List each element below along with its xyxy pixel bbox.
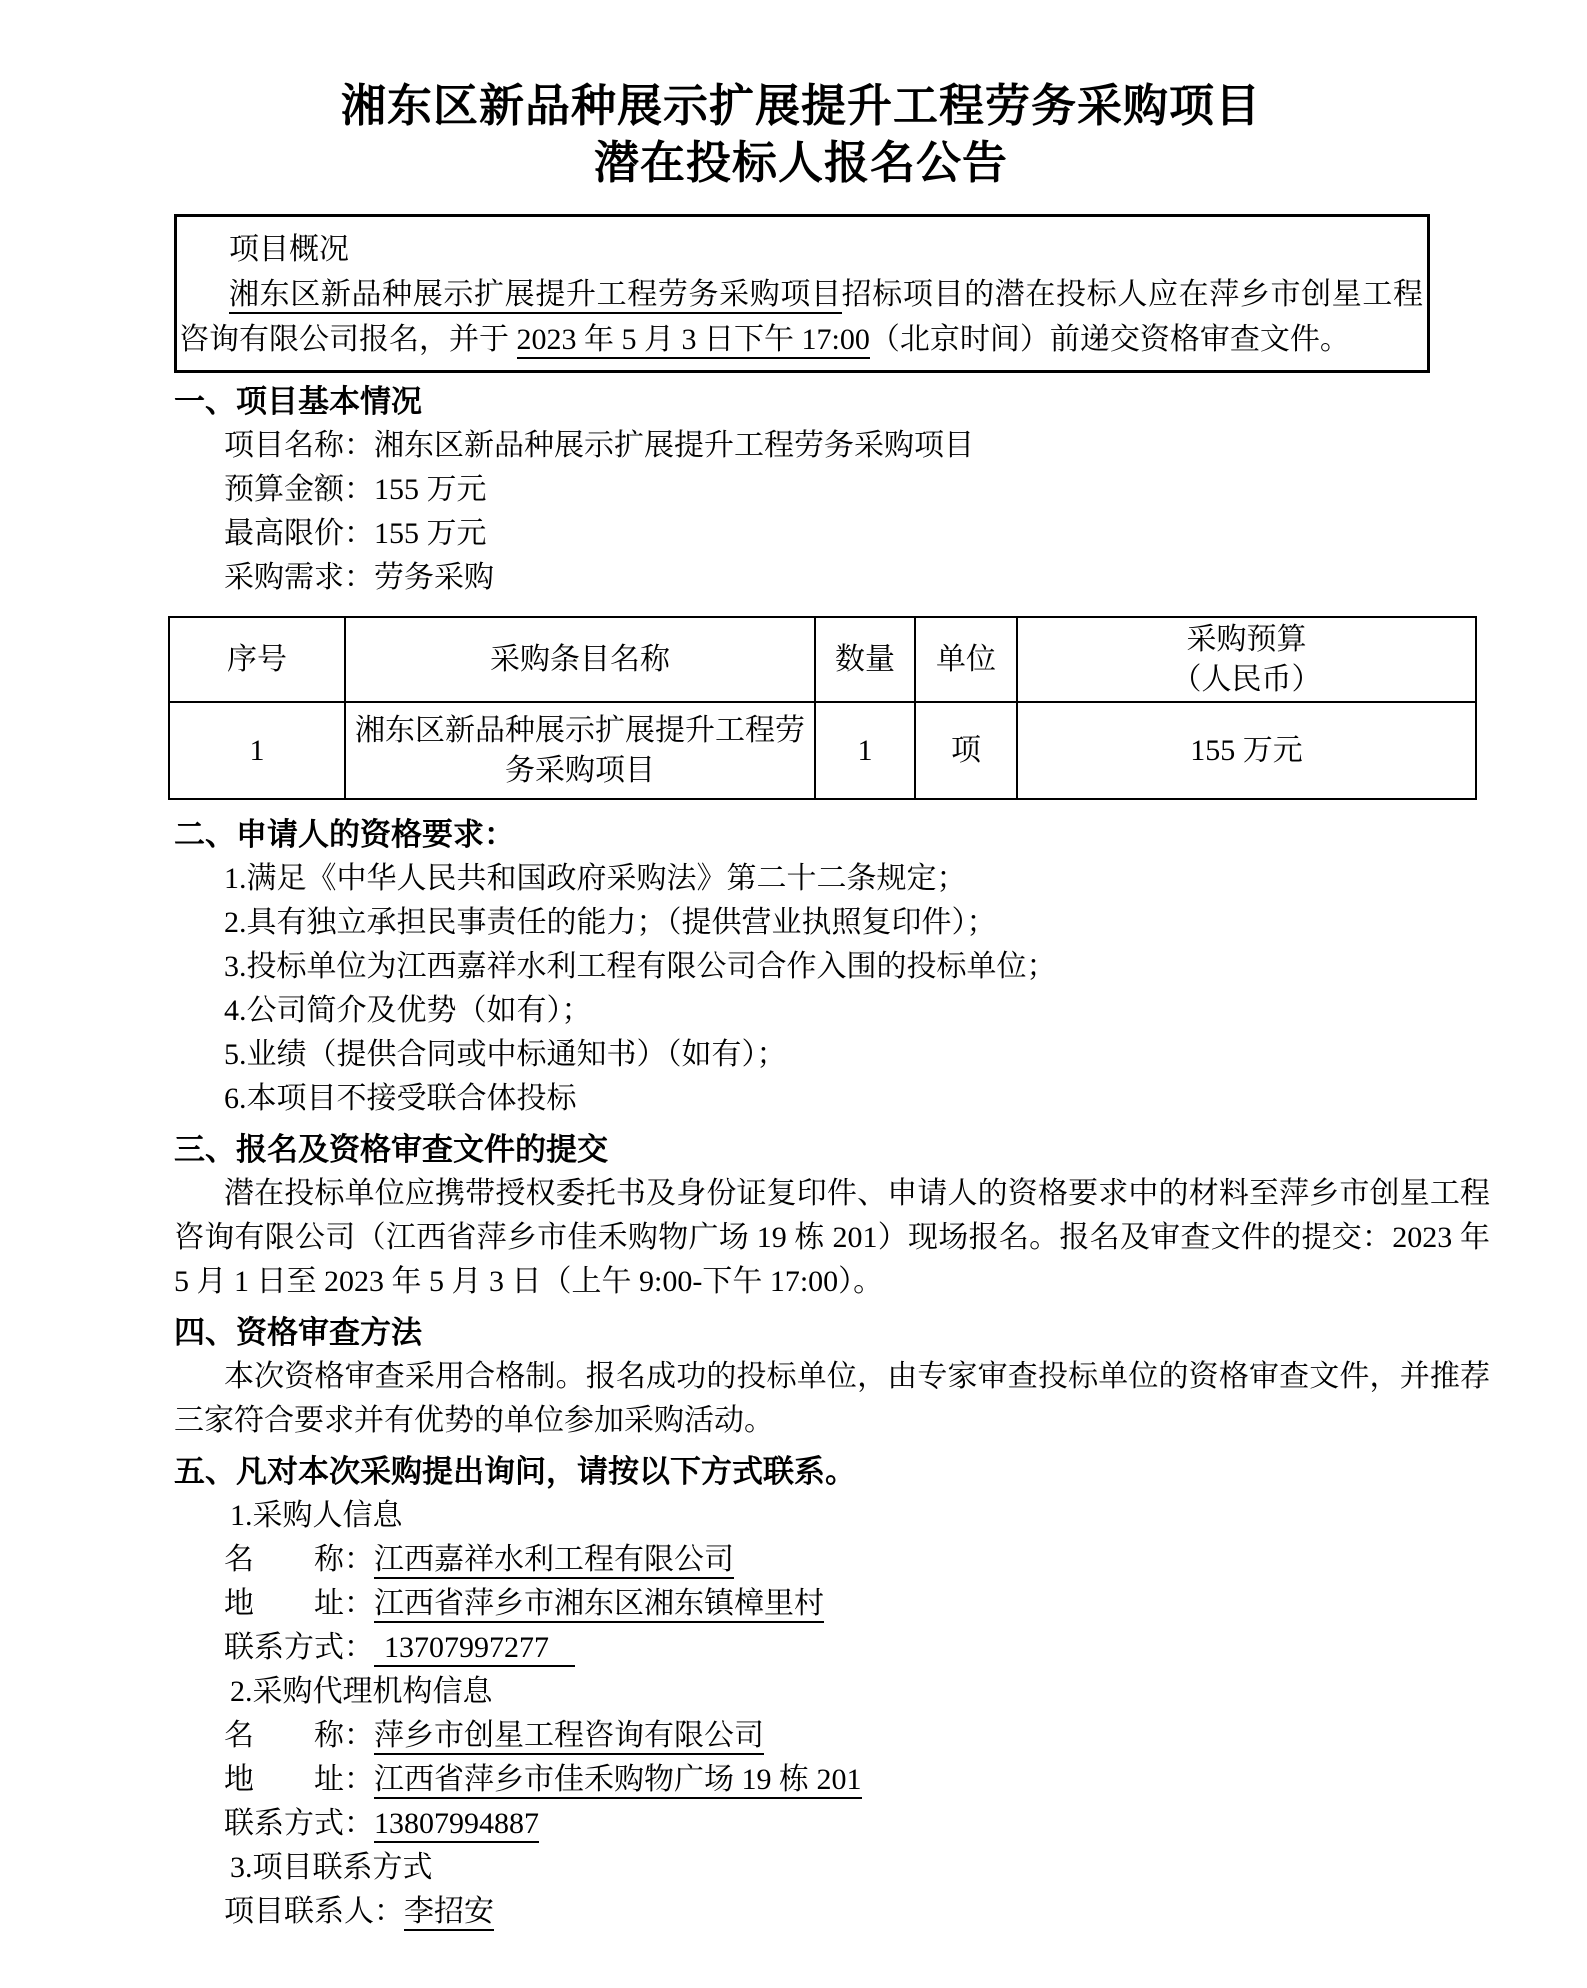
agency-phone-line: 联系方式：13807994887 [174,1802,1492,1846]
col-header-no: 序号 [169,617,345,702]
section-1-heading: 一、项目基本情况 [174,379,1492,424]
agency-phone-label: 联系方式： [224,1807,374,1840]
cell-qty: 1 [815,702,915,799]
overview-deadline: 2023 年 5 月 3 日下午 17:00 [517,323,870,359]
section-4-heading: 四、资格审查方法 [174,1310,1492,1355]
project-name-line: 项目名称：湘东区新品种展示扩展提升工程劳务采购项目 [174,424,1492,468]
project-contact-name-value: 李招安 [404,1895,494,1931]
purchaser-address-label: 地 址： [224,1587,374,1620]
project-contact-name-label: 项目联系人： [224,1895,404,1928]
purchaser-name-value: 江西嘉祥水利工程有限公司 [374,1543,734,1579]
cell-unit: 项 [915,702,1017,799]
purchaser-name-label: 名 称： [224,1543,374,1576]
purchaser-name-line: 名 称：江西嘉祥水利工程有限公司 [174,1538,1492,1582]
purchaser-info-label: 1.采购人信息 [174,1494,1492,1538]
price-cap-line: 最高限价：155 万元 [174,512,1492,556]
purchaser-address-line: 地 址：江西省萍乡市湘东区湘东镇樟里村 [174,1582,1492,1626]
qualification-item-2: 2.具有独立承担民事责任的能力；（提供营业执照复印件）； [174,901,1492,945]
purchaser-phone-line: 联系方式：13707997277 [174,1626,1492,1670]
overview-paragraph: 湘东区新品种展示扩展提升工程劳务采购项目招标项目的潜在投标人应在萍乡市创星工程咨… [179,272,1423,362]
agency-phone-value: 13807994887 [374,1807,539,1843]
submission-paragraph: 潜在投标单位应携带授权委托书及身份证复印件、申请人的资格要求中的材料至萍乡市创星… [174,1172,1490,1304]
agency-address-line: 地 址：江西省萍乡市佳禾购物广场 19 栋 201 [174,1758,1492,1802]
cell-budget: 155 万元 [1017,702,1476,799]
purchaser-phone-label: 联系方式： [224,1631,374,1664]
qualification-item-3: 3.投标单位为江西嘉祥水利工程有限公司合作入围的投标单位； [174,945,1492,989]
table-header-row: 序号 采购条目名称 数量 单位 采购预算 （人民币） [169,617,1476,702]
project-contact-label: 3.项目联系方式 [174,1846,1492,1890]
overview-label: 项目概况 [179,227,1423,272]
section-2-heading: 二、申请人的资格要求： [174,812,1492,857]
overview-text-2: （北京时间）前递交资格审查文件。 [870,323,1350,356]
table-row: 1 湘东区新品种展示扩展提升工程劳务采购项目 1 项 155 万元 [169,702,1476,799]
cell-item-name: 湘东区新品种展示扩展提升工程劳务采购项目 [345,702,815,799]
col-header-item-name: 采购条目名称 [345,617,815,702]
project-contact-line: 项目联系人：李招安 [174,1890,1492,1934]
agency-name-label: 名 称： [224,1719,374,1752]
agency-name-line: 名 称：萍乡市创星工程咨询有限公司 [174,1714,1492,1758]
overview-project-name: 湘东区新品种展示扩展提升工程劳务采购项目 [229,278,842,314]
document-title: 湘东区新品种展示扩展提升工程劳务采购项目 潜在投标人报名公告 [174,78,1428,192]
qualification-item-1: 1.满足《中华人民共和国政府采购法》第二十二条规定； [174,857,1492,901]
purchaser-phone-value: 13707997277 [374,1631,575,1667]
qualification-item-5: 5.业绩（提供合同或中标通知书）（如有）； [174,1033,1492,1077]
budget-amount-line: 预算金额：155 万元 [174,468,1492,512]
qualification-item-6: 6.本项目不接受联合体投标 [174,1077,1492,1121]
cell-no: 1 [169,702,345,799]
col-header-unit: 单位 [915,617,1017,702]
review-method-paragraph: 本次资格审查采用合格制。报名成功的投标单位，由专家审查投标单位的资格审查文件，并… [174,1355,1490,1443]
section-3-heading: 三、报名及资格审查文件的提交 [174,1127,1492,1172]
agency-info-label: 2.采购代理机构信息 [174,1670,1492,1714]
purchaser-address-value: 江西省萍乡市湘东区湘东镇樟里村 [374,1587,824,1623]
col-header-qty: 数量 [815,617,915,702]
project-overview-box: 项目概况 湘东区新品种展示扩展提升工程劳务采购项目招标项目的潜在投标人应在萍乡市… [174,214,1430,373]
col-header-budget: 采购预算 （人民币） [1017,617,1476,702]
title-line-2: 潜在投标人报名公告 [174,135,1428,192]
announcement-document: 湘东区新品种展示扩展提升工程劳务采购项目 潜在投标人报名公告 项目概况 湘东区新… [0,0,1587,1988]
agency-address-value: 江西省萍乡市佳禾购物广场 19 栋 201 [374,1763,862,1799]
section-5-heading: 五、凡对本次采购提出询问，请按以下方式联系。 [174,1449,1492,1494]
agency-address-label: 地 址： [224,1763,374,1796]
agency-name-value: 萍乡市创星工程咨询有限公司 [374,1719,764,1755]
title-line-1: 湘东区新品种展示扩展提升工程劳务采购项目 [174,78,1428,135]
qualification-item-4: 4.公司简介及优势（如有）； [174,989,1492,1033]
procurement-items-table: 序号 采购条目名称 数量 单位 采购预算 （人民币） 1 湘东区新品种展示扩展提… [168,616,1477,800]
procurement-need-line: 采购需求：劳务采购 [174,556,1492,600]
